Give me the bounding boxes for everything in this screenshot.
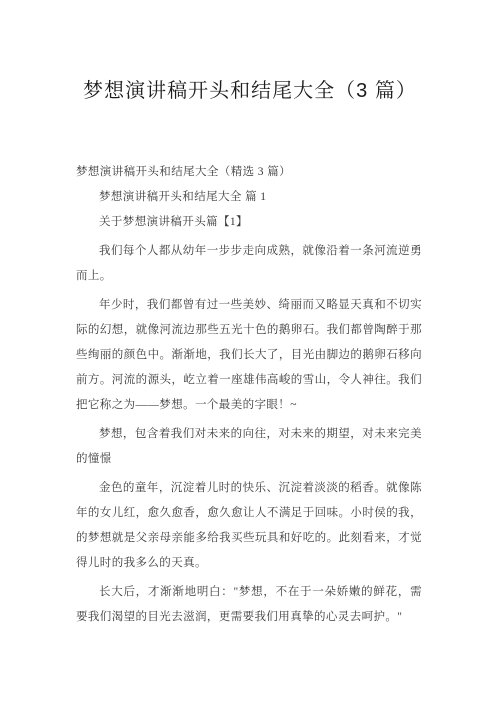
paragraph: 长大后，才渐渐地明白："梦想，不在于一朵娇嫩的鲜花，需要我们渴望的目光去滋润，更… <box>76 580 422 630</box>
paragraph: 梦想演讲稿开头和结尾大全 篇 1 <box>76 185 422 210</box>
document-title: 梦想演讲稿开头和结尾大全（3 篇） <box>0 74 500 103</box>
paragraph: 关于梦想演讲稿开头篇【1】 <box>76 210 422 235</box>
paragraph: 金色的童年，沉淀着儿时的快乐、沉淀着淡淡的稻香。就像陈年的女儿红，愈久愈香，愈久… <box>76 476 422 576</box>
paragraph: 梦想，包含着我们对未来的向往，对未来的期望，对未来完美的憧憬 <box>76 422 422 472</box>
paragraph: 我们每个人都从幼年一步步走向成熟，就像沿着一条河流逆勇而上。 <box>76 239 422 289</box>
paragraph: 梦想演讲稿开头和结尾大全（精选 3 篇） <box>76 160 422 185</box>
document-page: 梦想演讲稿开头和结尾大全（3 篇） 梦想演讲稿开头和结尾大全（精选 3 篇）梦想… <box>0 0 500 707</box>
document-body: 梦想演讲稿开头和结尾大全（精选 3 篇）梦想演讲稿开头和结尾大全 篇 1关于梦想… <box>76 160 422 634</box>
paragraph: 年少时，我们都曾有过一些美妙、绮丽而又略显天真和不切实际的幻想，就像河流边那些五… <box>76 293 422 418</box>
